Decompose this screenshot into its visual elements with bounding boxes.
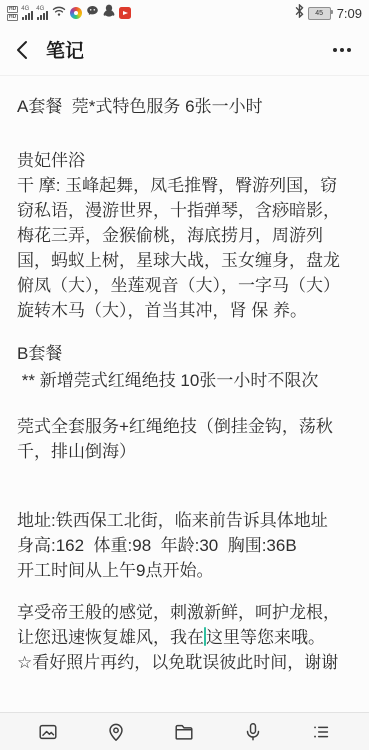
note-editor[interactable]: A套餐 莞*式特色服务 6张一小时 贵妃伴浴 干 摩: 玉峰起舞，凤毛推臀，臀游… [0, 76, 369, 712]
signal-strength-icon: 4G [22, 7, 33, 20]
note-paragraph[interactable]: 干 摩: 玉峰起舞，凤毛推臀，臀游列国，窃窃私语，漫游世界，十指弹琴，含痧暗影，… [17, 173, 352, 323]
status-bar: HD HD 4G 4G [0, 0, 369, 24]
insert-image-button[interactable] [31, 716, 65, 748]
insert-location-button[interactable] [99, 716, 133, 748]
pinwheel-app-icon [70, 7, 82, 19]
microphone-icon [242, 721, 264, 743]
chevron-left-icon [16, 40, 28, 60]
voice-input-button[interactable] [236, 716, 270, 748]
note-paragraph[interactable]: 身高:162 体重:98 年龄:30 胸围:36B [17, 533, 352, 558]
note-paragraph[interactable]: 开工时间从上午9点开始。 [17, 558, 352, 583]
note-paragraph[interactable]: 莞式全套服务+红绳绝技（倒挂金钩，荡秋千，排山倒海） [17, 414, 352, 464]
wechat-notification-icon [86, 4, 99, 22]
status-bar-left: HD HD 4G 4G [7, 4, 131, 22]
phone-screen: HD HD 4G 4G [0, 0, 369, 750]
page-title: 笔记 [46, 36, 84, 63]
note-paragraph[interactable]: A套餐 莞*式特色服务 6张一小时 [17, 94, 352, 119]
note-paragraph[interactable]: 贵妃伴浴 [17, 148, 352, 173]
battery-icon: 45 [308, 7, 331, 20]
note-paragraph[interactable]: ** 新增莞式红绳绝技 10张一小时不限次 [17, 368, 352, 393]
wifi-icon [52, 4, 66, 22]
clock-time: 7:09 [337, 6, 362, 21]
checklist-button[interactable] [304, 716, 338, 748]
text-after-cursor: 这里等您来哦。 [206, 628, 325, 647]
image-icon [37, 721, 59, 743]
location-icon [105, 721, 127, 743]
back-button[interactable] [16, 40, 28, 60]
signal-strength-icon: 4G [37, 7, 48, 20]
header-bar: 笔记 [0, 24, 369, 76]
checklist-icon [310, 721, 332, 743]
note-paragraph[interactable]: B套餐 [17, 341, 352, 366]
red-app-notification-icon [119, 7, 131, 19]
hd-badge-icon: HD [7, 14, 18, 21]
note-paragraph[interactable]: 地址:铁西保工北街，临来前告诉具体地址 [17, 508, 352, 533]
folder-button[interactable] [167, 716, 201, 748]
status-bar-right: 45 7:09 [295, 4, 362, 23]
more-options-icon [333, 48, 337, 52]
qq-notification-icon [103, 4, 115, 22]
bluetooth-icon [295, 4, 304, 23]
more-options-button[interactable] [331, 42, 353, 58]
note-paragraph-with-cursor[interactable]: 享受帝王般的感觉，刺激新鲜，呵护龙根，让您迅速恢复雄风，我在这里等您来哦。 [17, 600, 352, 650]
hd-voice-badges: HD HD [7, 6, 18, 21]
folder-icon [173, 721, 195, 743]
editor-toolbar [0, 712, 369, 750]
battery-level: 45 [315, 10, 323, 17]
hd-badge-icon: HD [7, 6, 18, 13]
note-paragraph[interactable]: ☆看好照片再约，以免耽误彼此时间，谢谢 [17, 650, 352, 675]
